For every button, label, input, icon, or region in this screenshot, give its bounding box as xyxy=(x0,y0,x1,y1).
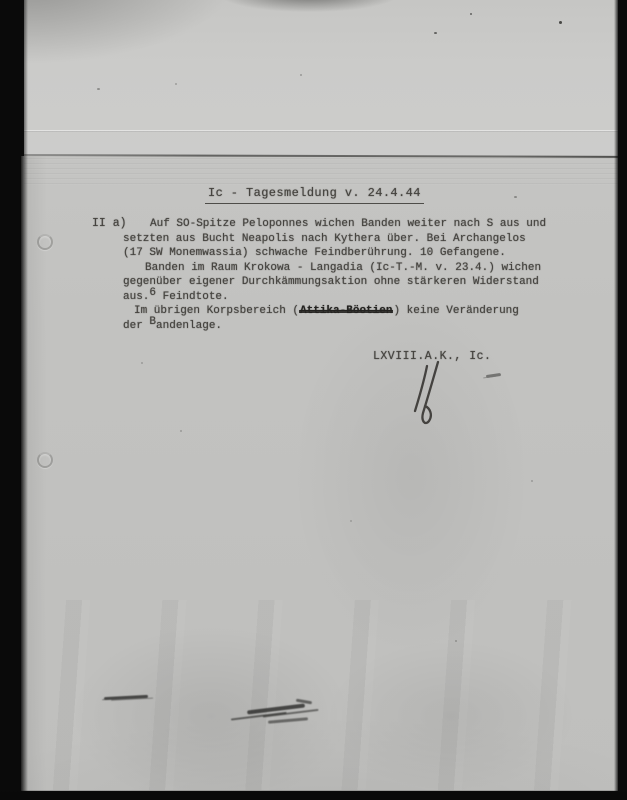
body-text-segment: der xyxy=(123,320,149,332)
punch-hole-icon xyxy=(37,234,53,250)
film-border-left xyxy=(0,0,28,800)
body-text-segment: ) keine Veränderung xyxy=(393,305,518,317)
dust-speck xyxy=(531,480,533,482)
section-label: II a) xyxy=(92,217,127,230)
body-line: der Bandenlage. xyxy=(123,319,563,334)
dust-speck xyxy=(350,520,352,522)
body-text: Auf SO-Spitze Peloponnes wichen Banden w… xyxy=(123,217,563,333)
film-border-bottom xyxy=(0,790,627,800)
document-title: Ic - Tagesmeldung v. 24.4.44 xyxy=(205,186,424,204)
scanned-document-page: Ic - Tagesmeldung v. 24.4.44 II a) Auf S… xyxy=(0,0,627,800)
body-line: gegenüber eigener Durchkämmungsaktion oh… xyxy=(123,275,563,290)
dust-speck xyxy=(470,13,472,15)
body-line: setzten aus Bucht Neapolis nach Kythera … xyxy=(123,232,563,247)
film-border-right xyxy=(614,0,627,800)
dust-speck xyxy=(180,430,182,432)
dust-speck xyxy=(434,32,437,34)
body-line: Banden im Raum Krokowa - Langadia (Ic-T.… xyxy=(123,261,563,276)
body-line: (17 SW Monemwassia) schwache Feindberühr… xyxy=(123,246,563,261)
fold-line-shadow xyxy=(24,131,618,132)
handwritten-signature xyxy=(402,360,450,428)
body-text-segment: Feindtote. xyxy=(156,291,229,303)
body-line: Auf SO-Spitze Peloponnes wichen Banden w… xyxy=(123,217,563,232)
raised-digit: 6 xyxy=(149,287,156,299)
punch-hole-icon xyxy=(37,452,53,468)
body-text-segment: andenlage. xyxy=(156,320,222,332)
dust-speck xyxy=(175,83,177,85)
body-line: Im übrigen Korpsbereich (Attika-Böotien)… xyxy=(123,304,563,319)
paper-striations xyxy=(24,158,618,188)
dust-speck xyxy=(141,362,143,364)
dust-speck xyxy=(300,74,302,76)
scan-upper-band xyxy=(24,0,618,156)
dust-speck xyxy=(514,196,517,198)
paper-streaks xyxy=(24,600,618,790)
struck-through-text: Attika-Böotien xyxy=(299,305,393,317)
body-line: aus.6 Feindtote. xyxy=(123,290,563,305)
dust-speck xyxy=(455,640,457,642)
dust-speck xyxy=(97,88,100,90)
body-text-segment: Im übrigen Korpsbereich ( xyxy=(134,305,299,317)
dust-speck xyxy=(559,21,562,24)
body-text-segment: aus. xyxy=(123,291,149,303)
raised-letter: B xyxy=(149,316,156,328)
